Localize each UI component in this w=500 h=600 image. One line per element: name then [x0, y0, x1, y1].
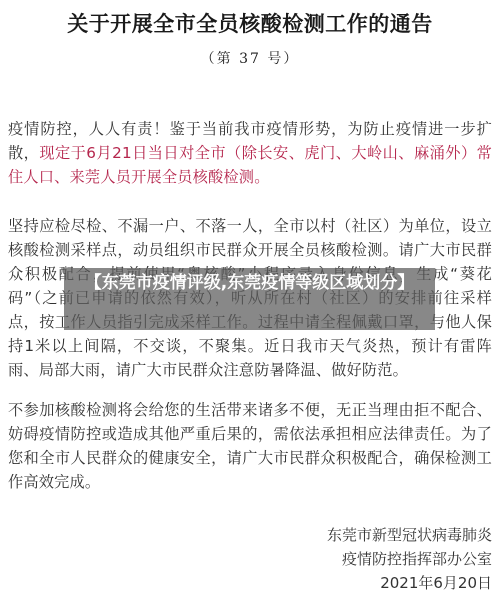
- paragraph-1-highlight: 现定于6月21日当日对全市（除长安、虎门、大岭山、麻涌外）常住人口、来莞人员开展…: [8, 144, 492, 186]
- paragraph-1: 疫情防控，人人有责！鉴于当前我市疫情形势，为防止疫情进一步扩散，现定于6月21日…: [8, 117, 492, 189]
- signature-line-2: 疫情防控指挥部办公室: [192, 547, 492, 571]
- signature-date: 2021年6月20日: [192, 571, 492, 595]
- notice-title: 关于开展全市全员核酸检测工作的通告: [0, 8, 500, 38]
- signature-line-1: 东莞市新型冠状病毒肺炎: [192, 523, 492, 547]
- paragraph-3: 不参加核酸检测将会给您的生活带来诸多不便，无正当理由拒不配合、妨碍疫情防控或造成…: [8, 398, 492, 494]
- caption-overlay: 【东莞市疫情评级,东莞疫情等级区域划分】: [64, 268, 435, 330]
- notice-number: （第 37 号）: [0, 48, 500, 68]
